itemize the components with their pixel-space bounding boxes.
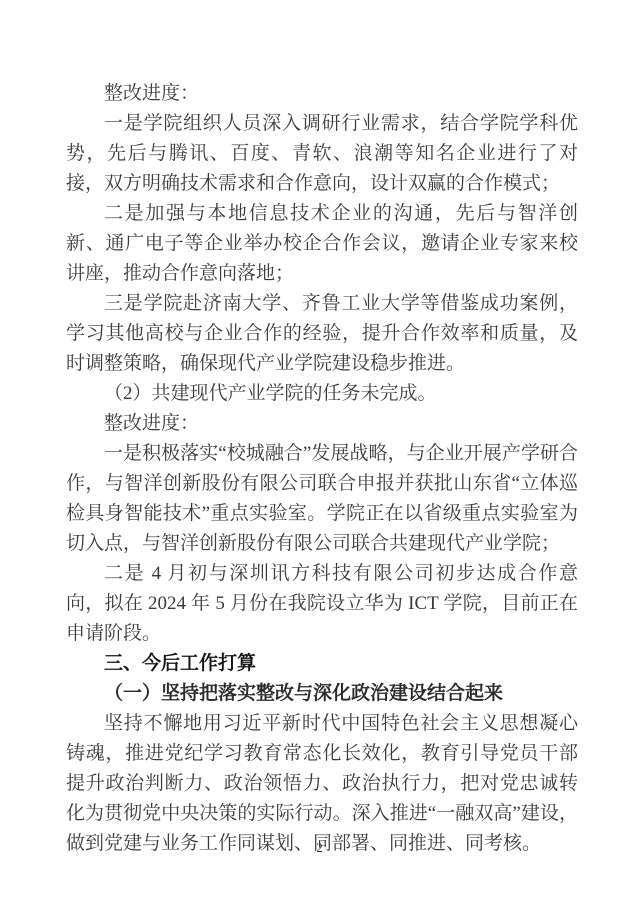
paragraph-item-1: 一是学院组织人员深入调研行业需求，结合学院学科优势，先后与腾讯、百度、青软、浪潮…	[66, 109, 578, 199]
paragraph-item-2: 二是加强与本地信息技术企业的沟通，先后与智洋创新、通广电子等企业举办校企合作会议…	[66, 199, 578, 289]
paragraph-item-5: 二是 4 月初与深圳讯方科技有限公司初步达成合作意向，拟在 2024 年 5 月…	[66, 559, 578, 649]
paragraph-task-2: （2）共建现代产业学院的任务未完成。	[66, 379, 578, 409]
paragraph-progress-label-2: 整改进度：	[66, 409, 578, 439]
paragraph-item-3: 三是学院赴济南大学、齐鲁工业大学等借鉴成功案例，学习其他高校与企业合作的经验，提…	[66, 289, 578, 379]
paragraph-progress-label-1: 整改进度：	[66, 79, 578, 109]
document-page: 整改进度： 一是学院组织人员深入调研行业需求，结合学院学科优势，先后与腾讯、百度…	[0, 0, 639, 905]
page-number: 2	[0, 839, 639, 857]
paragraph-item-6: 坚持不懈地用习近平新时代中国特色社会主义思想凝心铸魂，推进党纪学习教育常态化长效…	[66, 709, 578, 859]
subsection-heading-1: （一）坚持把落实整改与深化政治建设结合起来	[66, 679, 578, 709]
document-body: 整改进度： 一是学院组织人员深入调研行业需求，结合学院学科优势，先后与腾讯、百度…	[66, 79, 578, 859]
section-heading-future-work: 三、今后工作打算	[66, 649, 578, 679]
paragraph-item-4: 一是积极落实“校城融合”发展战略，与企业开展产学研合作，与智洋创新股份有限公司联…	[66, 439, 578, 559]
